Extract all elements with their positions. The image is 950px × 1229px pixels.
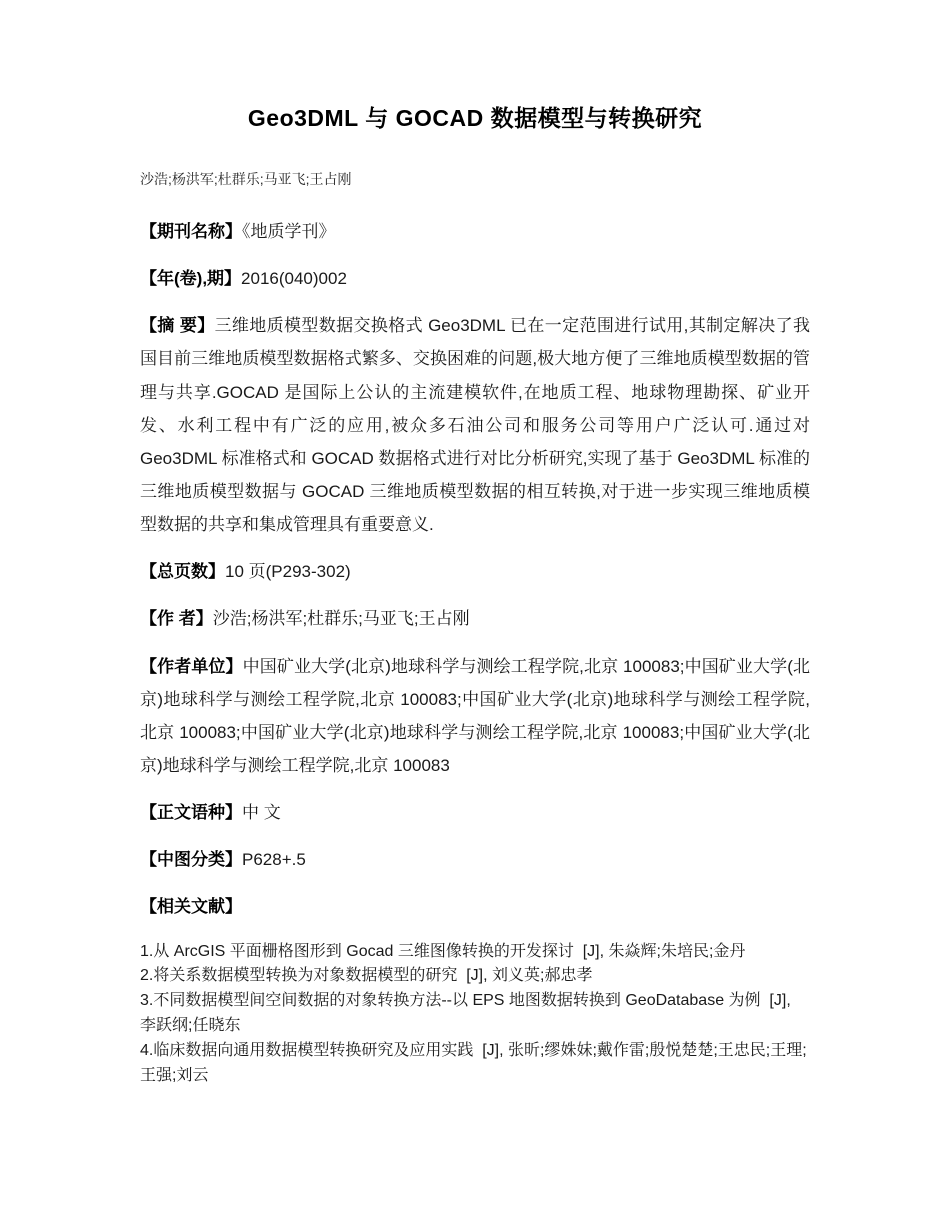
references-list: 1.从 ArcGIS 平面栅格图形到 Gocad 三维图像转换的开发探讨 [J]… bbox=[140, 940, 810, 1090]
field-total-pages-label: 【总页数】 bbox=[140, 562, 225, 581]
field-journal-name: 【期刊名称】《地质学刊》 bbox=[140, 215, 810, 248]
field-related-literature-header: 【相关文献】 bbox=[140, 890, 810, 923]
field-language: 【正文语种】中 文 bbox=[140, 796, 810, 829]
authors-line: 沙浩;杨洪军;杜群乐;马亚飞;王占刚 bbox=[140, 169, 810, 189]
field-author-affiliations: 【作者单位】中国矿业大学(北京)地球科学与测绘工程学院,北京 100083;中国… bbox=[140, 650, 810, 783]
field-authors: 【作 者】沙浩;杨洪军;杜群乐;马亚飞;王占刚 bbox=[140, 602, 810, 635]
field-year-volume-issue-label: 【年(卷),期】 bbox=[140, 269, 241, 288]
field-abstract-label: 【摘 要】 bbox=[140, 316, 215, 335]
field-authors-value: 沙浩;杨洪军;杜群乐;马亚飞;王占刚 bbox=[213, 609, 470, 628]
field-author-affiliations-label: 【作者单位】 bbox=[140, 657, 243, 676]
field-classification-label: 【中图分类】 bbox=[140, 850, 242, 869]
paper-title: Geo3DML 与 GOCAD 数据模型与转换研究 bbox=[140, 100, 810, 133]
field-abstract-value: 三维地质模型数据交换格式 Geo3DML 已在一定范围进行试用,其制定解决了我国… bbox=[140, 316, 810, 534]
document-page: Geo3DML 与 GOCAD 数据模型与转换研究 沙浩;杨洪军;杜群乐;马亚飞… bbox=[0, 0, 950, 1229]
field-year-volume-issue-value: 2016(040)002 bbox=[241, 269, 347, 288]
field-authors-label: 【作 者】 bbox=[140, 609, 213, 628]
field-total-pages-value: 10 页(P293-302) bbox=[225, 562, 351, 581]
field-classification: 【中图分类】P628+.5 bbox=[140, 843, 810, 876]
field-abstract: 【摘 要】三维地质模型数据交换格式 Geo3DML 已在一定范围进行试用,其制定… bbox=[140, 309, 810, 541]
field-language-value: 中 文 bbox=[242, 803, 281, 822]
field-journal-name-label: 【期刊名称】 bbox=[140, 222, 242, 241]
reference-item-3: 3.不同数据模型间空间数据的对象转换方法--以 EPS 地图数据转换到 GeoD… bbox=[140, 989, 810, 1039]
field-total-pages: 【总页数】10 页(P293-302) bbox=[140, 555, 810, 588]
field-year-volume-issue: 【年(卷),期】2016(040)002 bbox=[140, 262, 810, 295]
reference-item-1: 1.从 ArcGIS 平面栅格图形到 Gocad 三维图像转换的开发探讨 [J]… bbox=[140, 940, 810, 965]
field-related-literature-label: 【相关文献】 bbox=[140, 897, 242, 916]
field-classification-value: P628+.5 bbox=[242, 850, 306, 869]
field-language-label: 【正文语种】 bbox=[140, 803, 242, 822]
reference-item-4: 4.临床数据向通用数据模型转换研究及应用实践 [J], 张昕;缪姝妹;戴作雷;殷… bbox=[140, 1039, 810, 1089]
field-journal-name-value: 《地质学刊》 bbox=[242, 222, 336, 241]
reference-item-2: 2.将关系数据模型转换为对象数据模型的研究 [J], 刘义英;郝忠孝 bbox=[140, 964, 810, 989]
